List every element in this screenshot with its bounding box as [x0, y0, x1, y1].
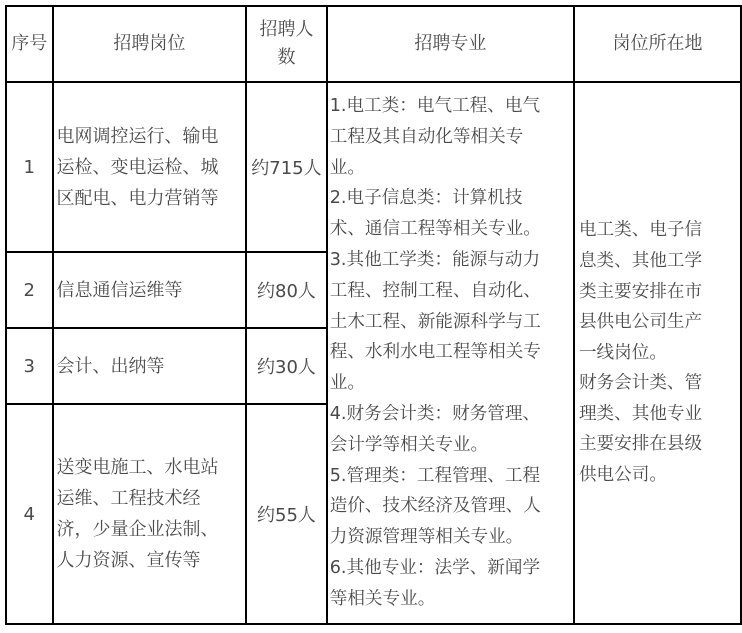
header-row: 序号 招聘岗位 招聘人 数 招聘专业 岗位所在地 [6, 6, 741, 82]
row-position: 信息通信运维等 [53, 252, 247, 328]
header-index: 序号 [6, 6, 53, 82]
major-line: 业。 [330, 153, 573, 184]
row-count: 约55人 [246, 404, 327, 624]
major-line: 等相关专业。 [330, 584, 573, 615]
position-line: 会计、出纳等 [57, 351, 244, 382]
row-index: 1 [6, 82, 53, 252]
major-line: 4.财务会计类：财务管理、 [330, 399, 573, 430]
position-line: 人力资源、宣传等 [57, 545, 244, 576]
location-line: 供电公司。 [579, 460, 738, 491]
location-line: 一线岗位。 [579, 338, 738, 369]
position-line: 区配电、电力营销等 [57, 183, 244, 214]
major-line: 土木工程、新能源科学与工 [330, 307, 573, 338]
header-count: 招聘人 数 [246, 6, 327, 82]
major-line: 3.其他工学类：能源与动力 [330, 245, 573, 276]
position-line: 送变电施工、水电站 [57, 452, 244, 483]
row-count: 约715人 [246, 82, 327, 252]
row-count: 约80人 [246, 252, 327, 328]
table-row: 1 电网调控运行、输电 运检、变电运检、城 区配电、电力营销等 约715人 1.… [6, 82, 741, 252]
major-line: 术、通信工程等相关专业。 [330, 214, 573, 245]
row-index: 4 [6, 404, 53, 624]
position-line: 电网调控运行、输电 [57, 121, 244, 152]
row-index: 3 [6, 328, 53, 404]
recruitment-table: 序号 招聘岗位 招聘人 数 招聘专业 岗位所在地 1 电网调控运行、输电 运检、… [5, 5, 742, 625]
position-line: 济，少量企业法制、 [57, 514, 244, 545]
position-line: 运检、变电运检、城 [57, 152, 244, 183]
location-line: 县供电公司生产 [579, 307, 738, 338]
major-line: 1.电工类：电气工程、电气 [330, 91, 573, 122]
header-majors: 招聘专业 [327, 6, 574, 82]
position-line: 信息通信运维等 [57, 275, 244, 306]
recruitment-table-container: 序号 招聘岗位 招聘人 数 招聘专业 岗位所在地 1 电网调控运行、输电 运检、… [5, 5, 742, 625]
major-line: 业。 [330, 368, 573, 399]
location-line: 理类、其他专业 [579, 399, 738, 430]
row-position: 送变电施工、水电站 运维、工程技术经 济，少量企业法制、 人力资源、宣传等 [53, 404, 247, 624]
major-line: 会计学等相关专业。 [330, 430, 573, 461]
major-line: 力资源管理等相关专业。 [330, 522, 573, 553]
row-index: 2 [6, 252, 53, 328]
location-cell: 电工类、电子信 息类、其他工学 类主要安排在市 县供电公司生产 一线岗位。 财务… [574, 82, 741, 624]
major-line: 工程、控制工程、自动化、 [330, 276, 573, 307]
row-count: 约30人 [246, 328, 327, 404]
location-line: 主要安排在县级 [579, 429, 738, 460]
major-line: 工程及其自动化等相关专 [330, 122, 573, 153]
major-line: 6.其他专业：法学、新闻学 [330, 553, 573, 584]
header-count-line1: 招聘人 [247, 16, 326, 44]
header-position: 招聘岗位 [53, 6, 247, 82]
position-line: 运维、工程技术经 [57, 483, 244, 514]
location-line: 电工类、电子信 [579, 215, 738, 246]
major-line: 造价、技术经济及管理、人 [330, 491, 573, 522]
location-line: 类主要安排在市 [579, 277, 738, 308]
row-position: 会计、出纳等 [53, 328, 247, 404]
header-location: 岗位所在地 [574, 6, 741, 82]
major-line: 2.电子信息类：计算机技 [330, 183, 573, 214]
major-line: 5.管理类：工程管理、工程 [330, 461, 573, 492]
location-line: 财务会计类、管 [579, 368, 738, 399]
row-position: 电网调控运行、输电 运检、变电运检、城 区配电、电力营销等 [53, 82, 247, 252]
location-line: 息类、其他工学 [579, 246, 738, 277]
header-count-line2: 数 [247, 44, 326, 72]
majors-cell: 1.电工类：电气工程、电气 工程及其自动化等相关专 业。 2.电子信息类：计算机… [327, 82, 574, 624]
major-line: 程、水利水电工程等相关专 [330, 337, 573, 368]
